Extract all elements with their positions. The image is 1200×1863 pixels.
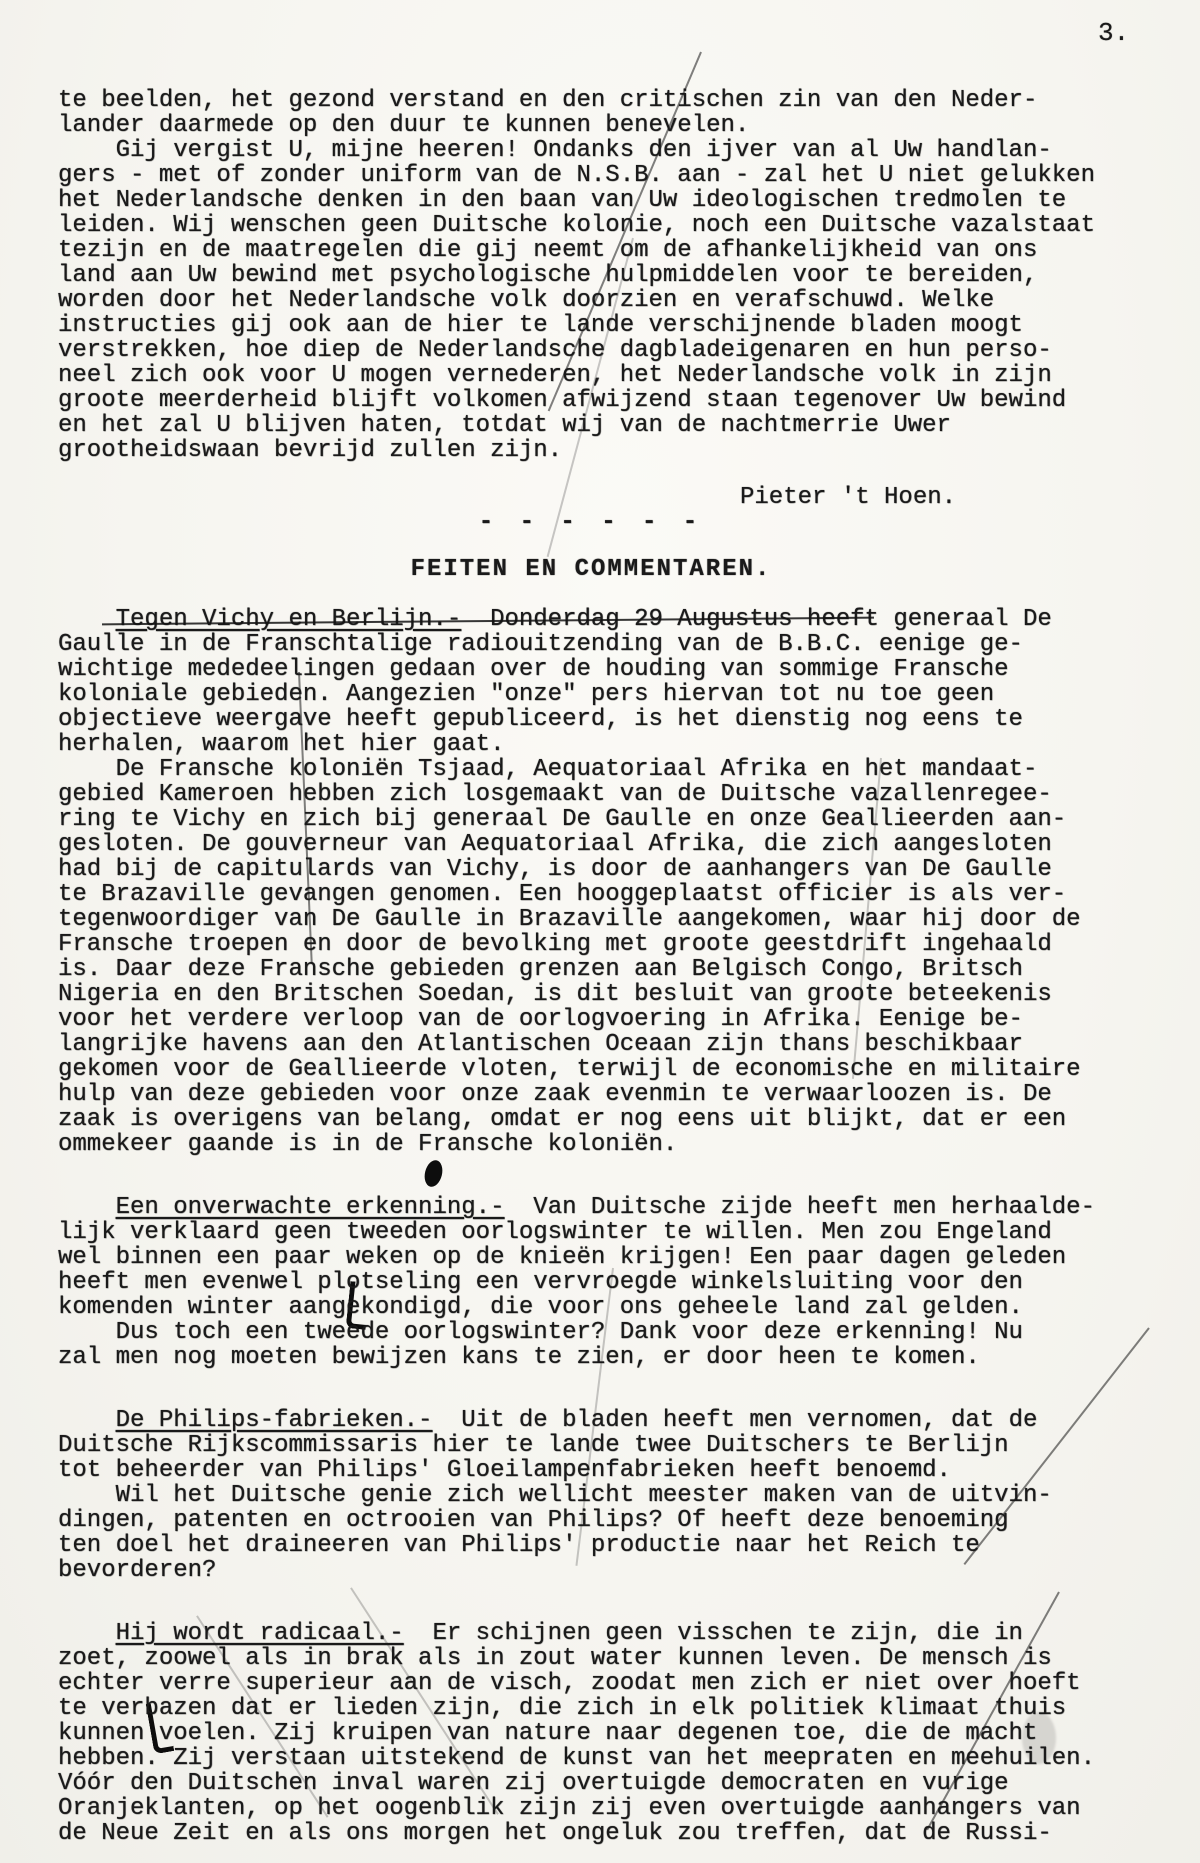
page-body: te beelden, het gezond verstand en den c… (58, 88, 1124, 1846)
article-first-paragraph: Hij wordt radicaal.- Er schijnen geen vi… (58, 1621, 1124, 1846)
article-title: Hij wordt radicaal.- (116, 1620, 404, 1647)
article-first-paragraph: De Philips-fabrieken.- Uit de bladen hee… (58, 1408, 1124, 1483)
page-number: 3. (1098, 20, 1129, 46)
article-title: Tegen Vichy en Berlijn.- (116, 606, 462, 633)
article-paragraph: Wil het Duitsche genie zich wellicht mee… (58, 1483, 1124, 1583)
article-een-onverwachte-erkenning: Een onverwachte erkenning.- Van Duitsche… (58, 1195, 1124, 1370)
separator-dashes: - - - - - - (58, 510, 1124, 535)
section-title: FEITEN EN COMMENTAREN. (58, 557, 1124, 582)
intro-paragraph-text: Gij vergist U, mijne heeren! Ondanks den… (58, 138, 1124, 463)
article-tegen-vichy-en-berlijn: Tegen Vichy en Berlijn.- Donderdag 29 Au… (58, 607, 1124, 1157)
author-signature: Pieter 't Hoen. (740, 485, 1124, 510)
intro-continuation-text: te beelden, het gezond verstand en den c… (58, 88, 1124, 138)
document-page: 3. te beelden, het gezond verstand en de… (0, 0, 1200, 1863)
article-text: Er schijnen geen visschen te zijn, die i… (58, 1620, 1095, 1847)
article-first-paragraph: Tegen Vichy en Berlijn.- Donderdag 29 Au… (58, 607, 1124, 757)
article-paragraph: Dus toch een tweede oorlogswinter? Dank … (58, 1320, 1124, 1370)
article-de-philips-fabrieken: De Philips-fabrieken.- Uit de bladen hee… (58, 1408, 1124, 1583)
article-paragraph: De Fransche koloniën Tsjaad, Aequatoriaa… (58, 757, 1124, 1157)
article-title: Een onverwachte erkenning.- (116, 1194, 505, 1221)
article-first-paragraph: Een onverwachte erkenning.- Van Duitsche… (58, 1195, 1124, 1320)
article-title: De Philips-fabrieken.- (116, 1407, 433, 1434)
article-hij-wordt-radicaal: Hij wordt radicaal.- Er schijnen geen vi… (58, 1621, 1124, 1846)
